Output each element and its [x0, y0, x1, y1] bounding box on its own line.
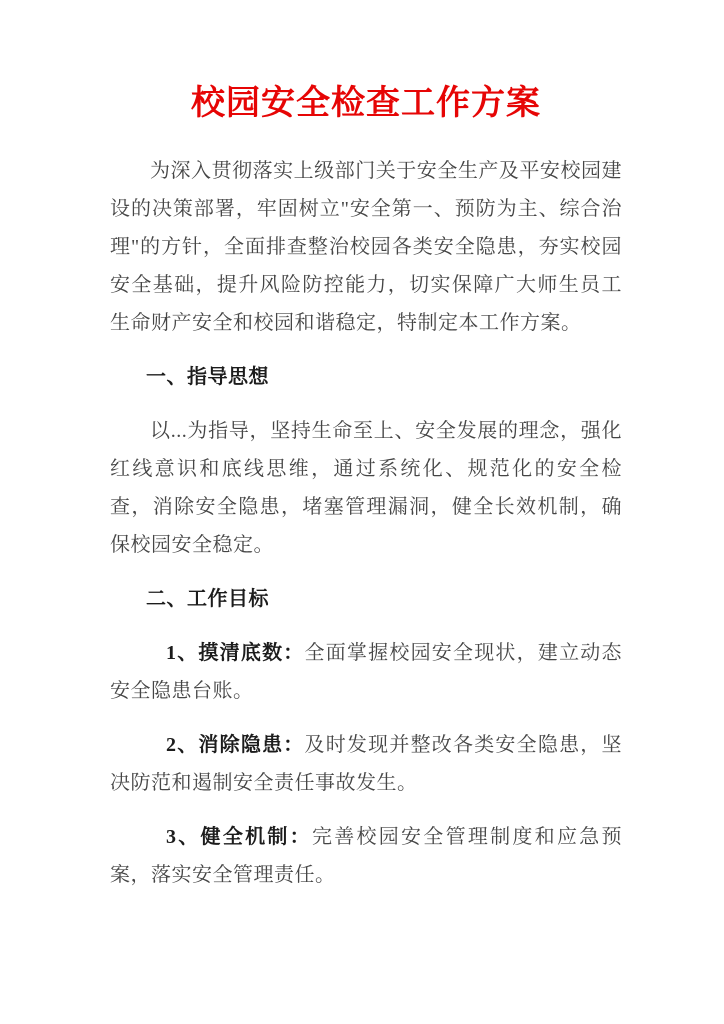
document-page: 校园安全检查工作方案 为深入贯彻落实上级部门关于安全生产及平安校园建设的决策部署…: [0, 0, 724, 1024]
goal-item-2: 2、消除隐患：及时发现并整改各类安全隐患，坚决防范和遏制安全责任事故发生。: [110, 726, 622, 802]
section-1-heading: 一、指导思想: [110, 358, 622, 396]
section-1-paragraph: 以...为指导，坚持生命至上、安全发展的理念，强化红线意识和底线思维，通过系统化…: [110, 412, 622, 564]
goal-item-2-label: 2、消除隐患：: [166, 734, 305, 756]
goal-item-1: 1、摸清底数：全面掌握校园安全现状，建立动态安全隐患台账。: [110, 634, 622, 710]
goal-item-3: 3、健全机制：完善校园安全管理制度和应急预案，落实安全管理责任。: [110, 818, 622, 894]
document-title: 校园安全检查工作方案: [110, 82, 622, 126]
section-2-heading: 二、工作目标: [110, 580, 622, 618]
intro-paragraph: 为深入贯彻落实上级部门关于安全生产及平安校园建设的决策部署，牢固树立"安全第一、…: [110, 152, 622, 342]
goal-item-1-label: 1、摸清底数：: [166, 642, 305, 664]
goal-item-3-label: 3、健全机制：: [166, 826, 312, 848]
